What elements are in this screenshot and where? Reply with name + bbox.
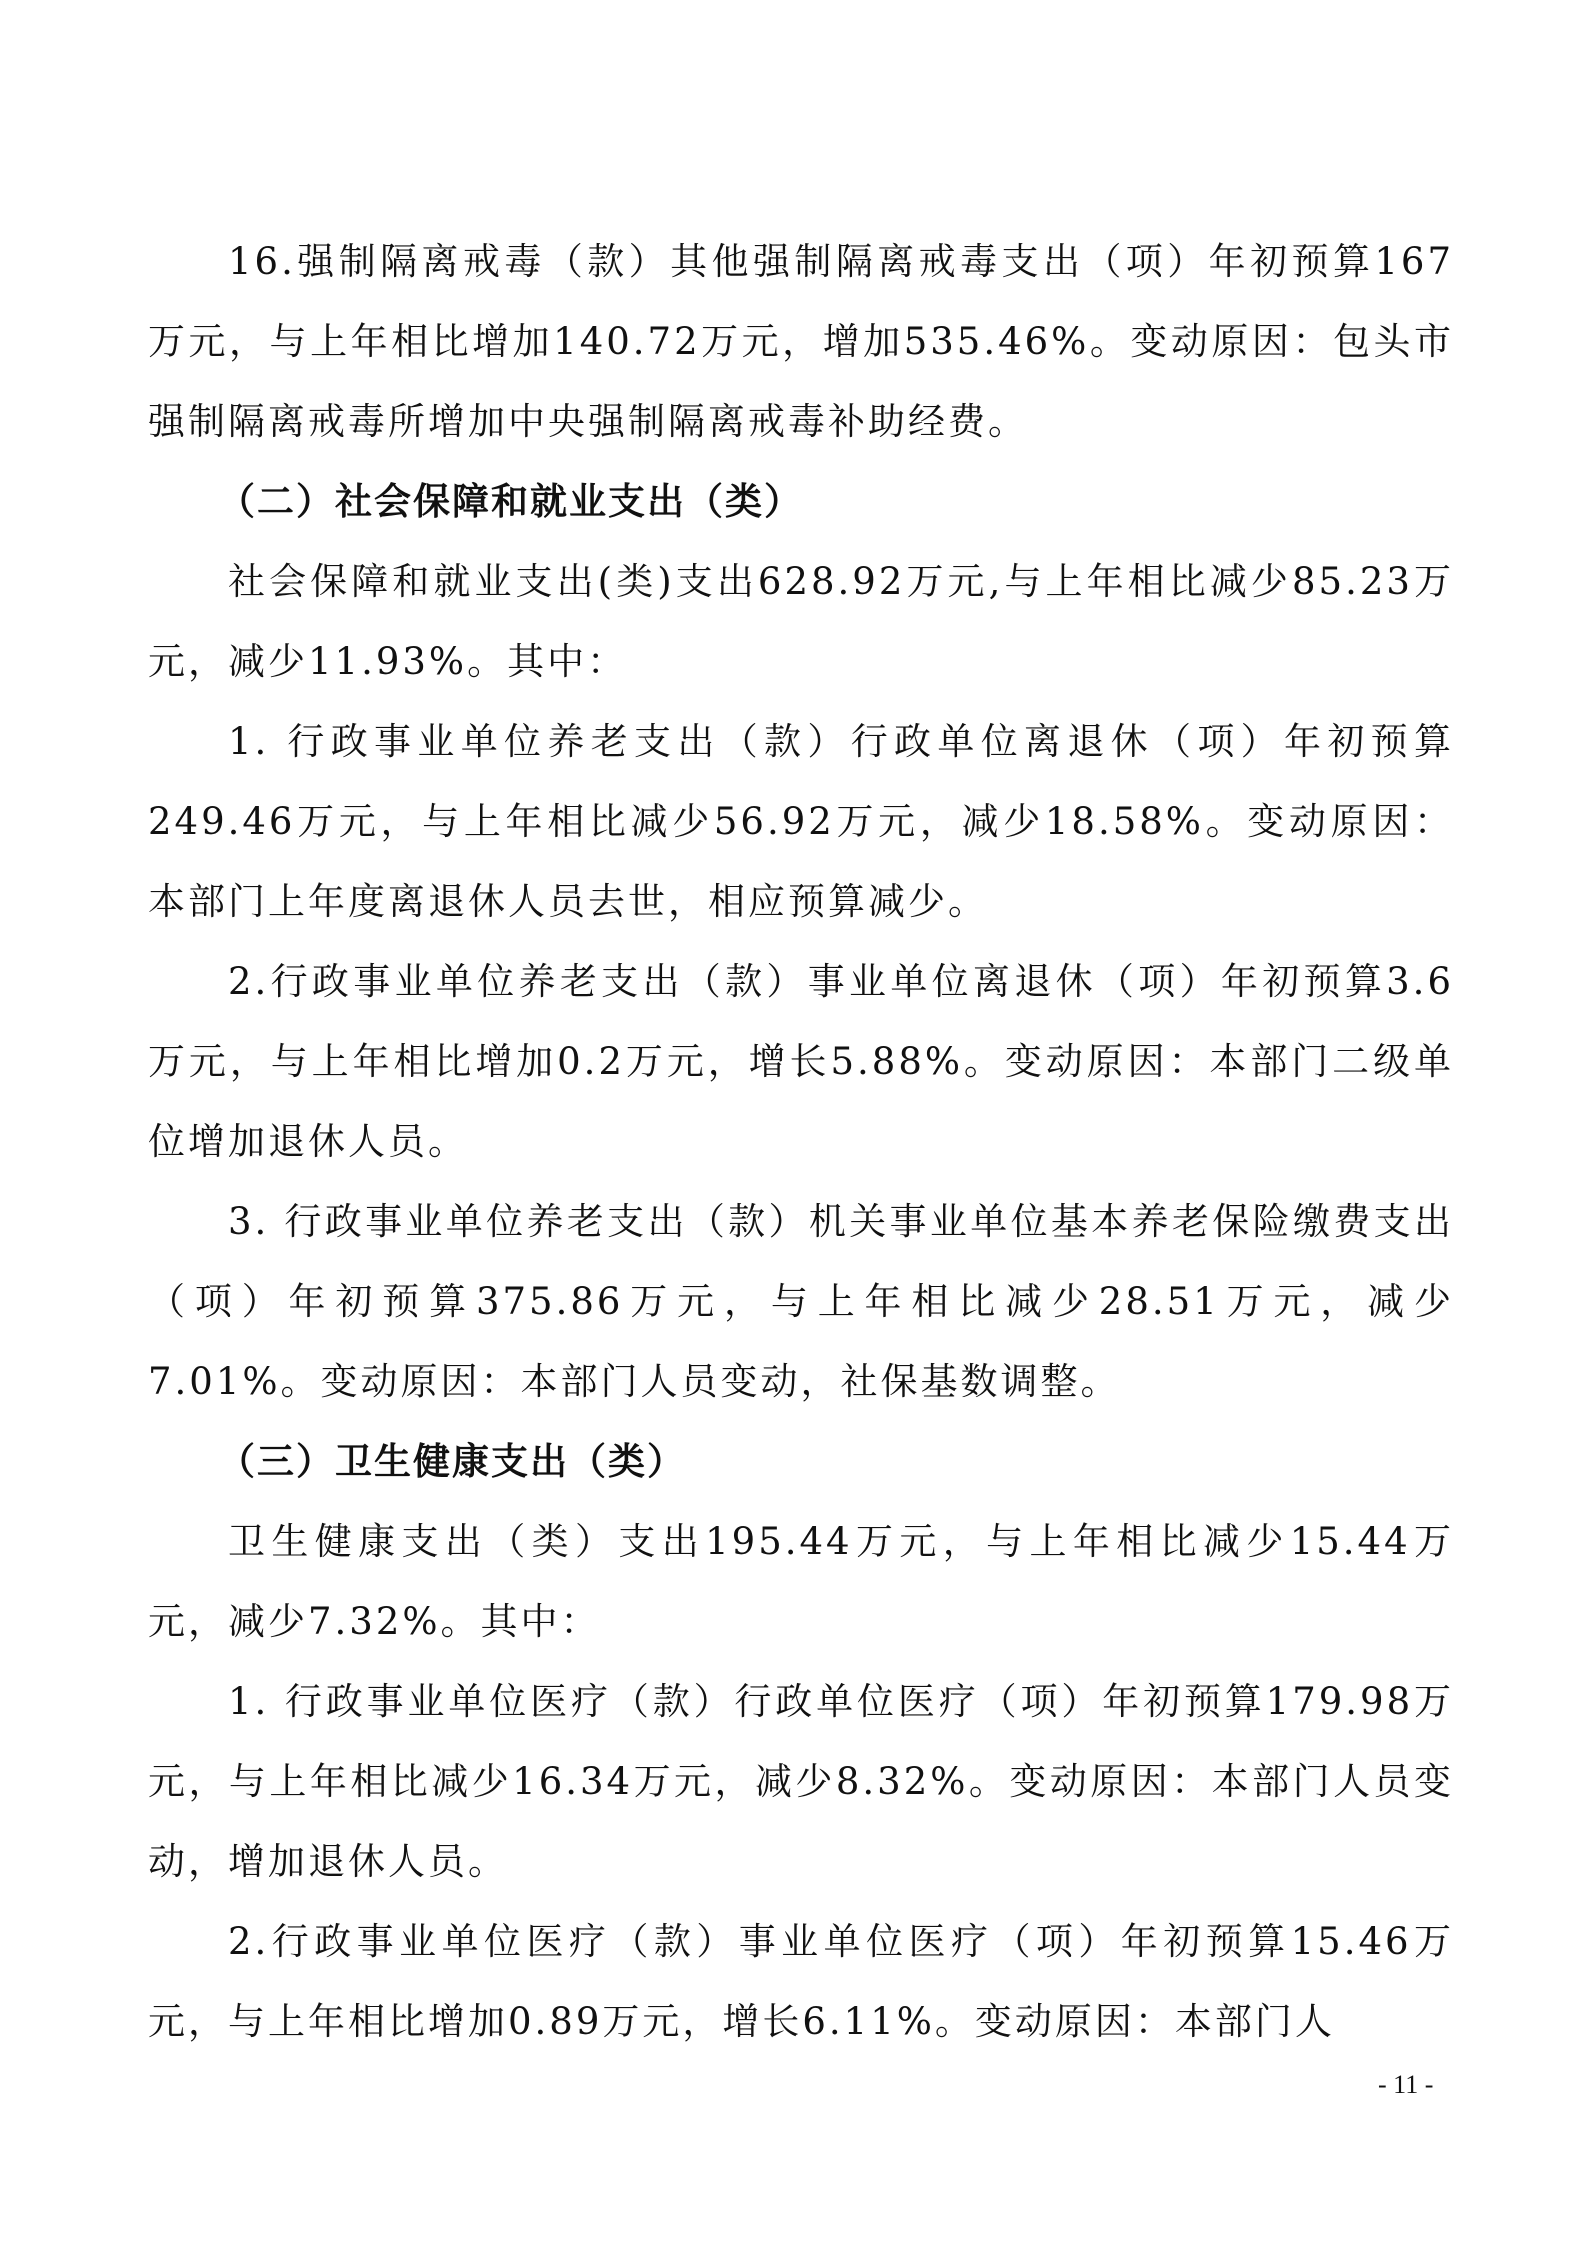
section-heading-social-security: （二）社会保障和就业支出（类）	[148, 462, 1454, 542]
paragraph-social-security-summary: 社会保障和就业支出(类)支出628.92万元,与上年相比减少85.23万元，减少…	[148, 542, 1454, 702]
paragraph-item-2-institution-medical: 2.行政事业单位医疗（款）事业单位医疗（项）年初预算15.46万元，与上年相比增…	[148, 1902, 1454, 2062]
paragraph-item-3-pension-insurance: 3. 行政事业单位养老支出（款）机关事业单位基本养老保险缴费支出（项）年初预算3…	[148, 1182, 1454, 1422]
paragraph-item-1-admin-medical: 1. 行政事业单位医疗（款）行政单位医疗（项）年初预算179.98万元，与上年相…	[148, 1662, 1454, 1902]
paragraph-item-16: 16.强制隔离戒毒（款）其他强制隔离戒毒支出（项）年初预算167万元，与上年相比…	[148, 222, 1454, 462]
section-heading-health: （三）卫生健康支出（类）	[148, 1422, 1454, 1502]
paragraph-health-summary: 卫生健康支出（类）支出195.44万元，与上年相比减少15.44万元，减少7.3…	[148, 1502, 1454, 1662]
page-number: - 11 -	[1378, 2070, 1433, 2100]
document-body: 16.强制隔离戒毒（款）其他强制隔离戒毒支出（项）年初预算167万元，与上年相比…	[148, 222, 1454, 2062]
paragraph-item-2-institution-retirement: 2.行政事业单位养老支出（款）事业单位离退休（项）年初预算3.6万元，与上年相比…	[148, 942, 1454, 1182]
paragraph-item-1-admin-retirement: 1. 行政事业单位养老支出（款）行政单位离退休（项）年初预算249.46万元，与…	[148, 702, 1454, 942]
